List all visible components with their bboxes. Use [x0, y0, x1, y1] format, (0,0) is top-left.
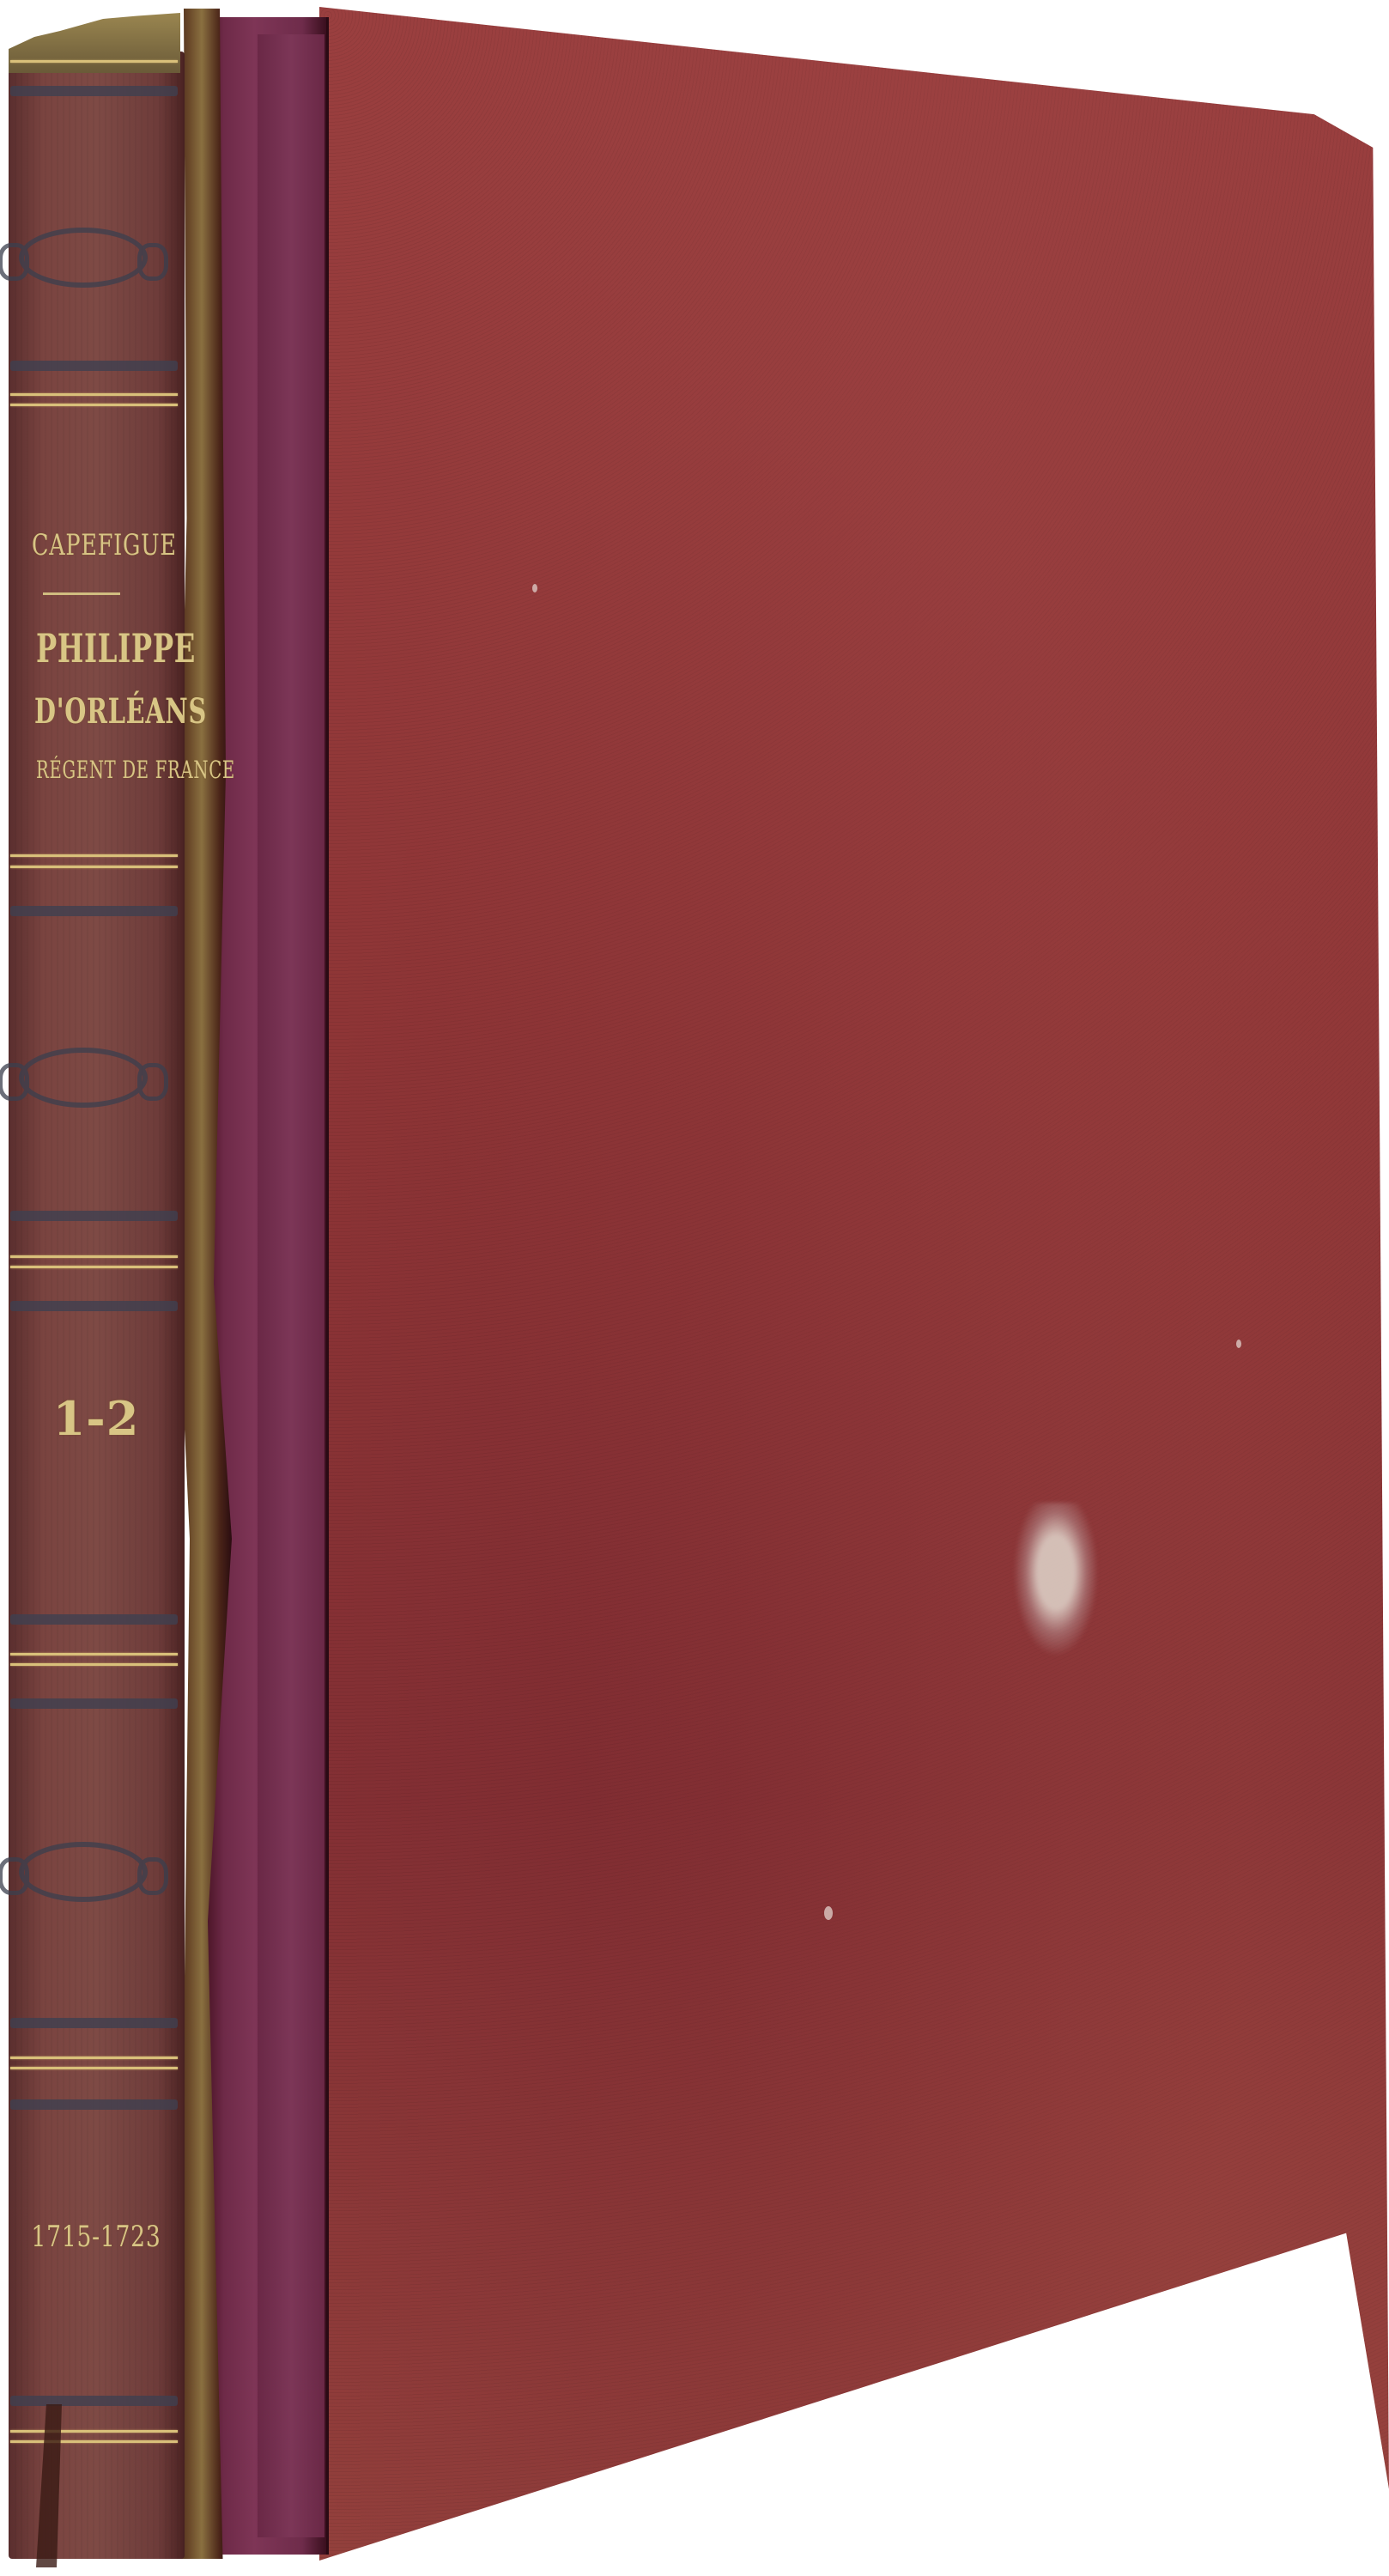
gilt-band — [10, 1266, 178, 1268]
gilt-band — [10, 866, 178, 868]
spine-joint-inner — [258, 34, 325, 2537]
gilt-band — [10, 404, 178, 406]
spine-author: CAPEFIGUE — [32, 528, 161, 562]
blind-band — [10, 1301, 178, 1311]
blind-band — [10, 1698, 178, 1709]
blind-band — [10, 86, 178, 96]
spine-title-line2: D'ORLÉANS — [34, 691, 158, 732]
gilt-band — [10, 2067, 178, 2069]
cover-speck — [532, 584, 537, 592]
book-photo: CAPEFIGUE PHILIPPE D'ORLÉANS RÉGENT DE F… — [0, 0, 1389, 2576]
spine-top-fray — [9, 13, 180, 73]
spine-title-line1: PHILIPPE — [36, 625, 156, 671]
cover-stain — [1013, 1503, 1099, 1657]
blind-band — [10, 2018, 178, 2028]
blind-band — [10, 1614, 178, 1625]
blind-band — [10, 2396, 178, 2406]
cover-speck — [824, 1906, 833, 1920]
blind-band — [10, 2099, 178, 2110]
ornament-icon — [19, 1048, 148, 1108]
gilt-band — [10, 1663, 178, 1666]
spine-title-line3: RÉGENT DE FRANCE — [36, 756, 156, 784]
blind-band — [10, 1211, 178, 1221]
gilt-band — [10, 2440, 178, 2443]
gilt-band — [10, 2430, 178, 2433]
gilt-band — [10, 2057, 178, 2059]
ornament-icon — [19, 228, 148, 288]
front-cover — [319, 7, 1389, 2566]
gilt-band — [10, 1653, 178, 1656]
cover-speck — [1236, 1340, 1241, 1348]
gilt-band — [10, 854, 178, 857]
spine-dates: 1715-1723 — [29, 2220, 163, 2254]
spine-volume: 1-2 — [10, 1391, 182, 1446]
gilt-band — [10, 393, 178, 396]
blind-band — [10, 906, 178, 916]
gilt-band — [10, 60, 178, 63]
ornament-icon — [19, 1842, 148, 1902]
blind-band — [10, 361, 178, 371]
title-rule — [43, 592, 120, 595]
gilt-band — [10, 1255, 178, 1258]
